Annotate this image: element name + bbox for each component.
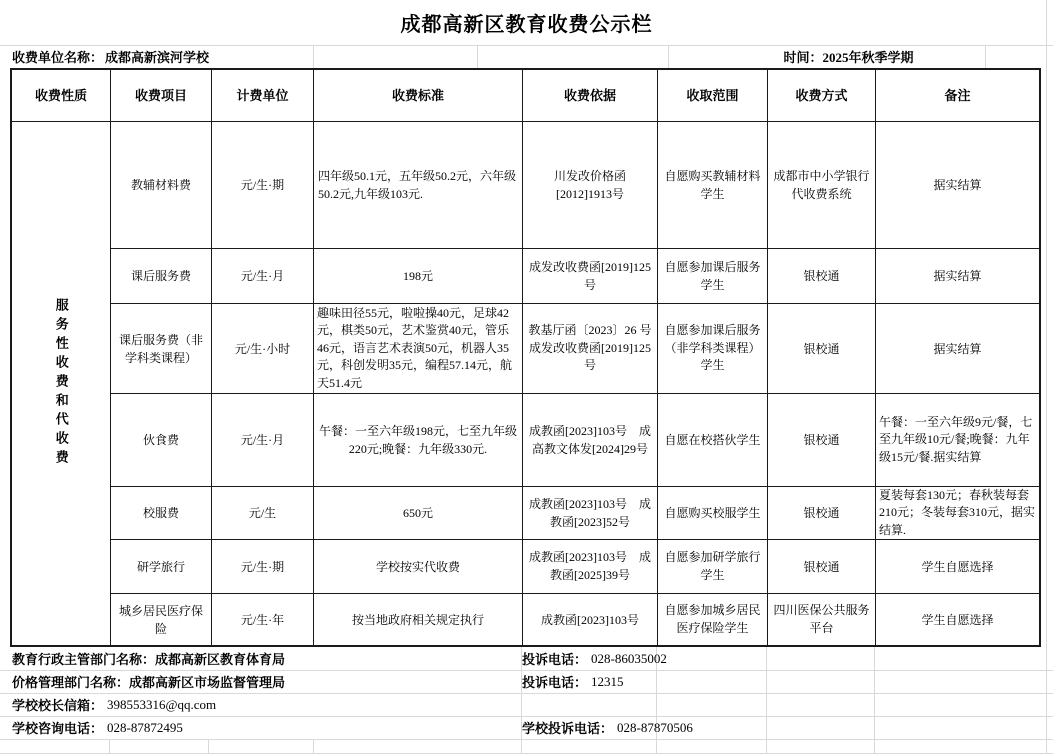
cell-standard: 198元 [314, 249, 523, 304]
gridline [109, 739, 110, 753]
cell-note: 午餐：一至六年级9元/餐，七至九年级10元/餐;晚餐：九年级15元/餐.据实结算 [876, 394, 1039, 487]
cell-standard: 四年级50.1元，五年级50.2元，六年级50.2元,九年级103元. [314, 122, 523, 249]
school-inquiry-phone-value: 028-87872495 [107, 720, 183, 736]
cell-item: 课后服务费（非学科类课程） [111, 304, 212, 394]
cell-method: 四川医保公共服务平台 [768, 594, 876, 645]
cell-basis: 成教函[2023]103号 成教函[2023]52号 [523, 487, 658, 540]
gridline [1046, 0, 1047, 754]
price-dept-value: 成都高新区市场监督管理局 [129, 672, 285, 691]
header-billing-unit: 计费单位 [212, 70, 314, 122]
school-complaint-phone-label: 学校投诉电话： [522, 718, 613, 737]
cell-scope: 自愿参加研学旅行学生 [658, 540, 768, 594]
cell-unit: 元/生·期 [212, 540, 314, 594]
term-time: 时间：2025年秋季学期 [656, 45, 1041, 68]
fee-notice-sheet: 成都高新区教育收费公示栏 收费单位名称： 成都高新滨河学校 时间：2025年秋季… [0, 0, 1053, 754]
cell-method: 银校通 [768, 487, 876, 540]
header-collection-scope: 收取范围 [658, 70, 768, 122]
cell-unit: 元/生·期 [212, 122, 314, 249]
header-collection-method: 收费方式 [768, 70, 876, 122]
fee-category-cell: 服务性收费和代收费 [12, 122, 111, 645]
cell-unit: 元/生·年 [212, 594, 314, 645]
cell-item: 教辅材料费 [111, 122, 212, 249]
info-row: 收费单位名称： 成都高新滨河学校 时间：2025年秋季学期 [10, 45, 1041, 68]
header-fee-nature: 收费性质 [12, 70, 111, 122]
cell-basis: 成教函[2023]103号 [523, 594, 658, 645]
cell-method: 银校通 [768, 394, 876, 487]
cell-method: 成都市中小学银行代收费系统 [768, 122, 876, 249]
cell-basis: 成教函[2023]103号 成教函[2025]39号 [523, 540, 658, 594]
unit-name-label: 收费单位名称： [12, 45, 103, 68]
principal-mailbox-label: 学校校长信箱： [12, 695, 103, 714]
cell-item: 伙食费 [111, 394, 212, 487]
unit-name-value: 成都高新滨河学校 [105, 45, 209, 68]
cell-scope: 自愿购买教辅材料学生 [658, 122, 768, 249]
cell-note: 学生自愿选择 [876, 540, 1039, 594]
principal-mailbox-value: 398553316@qq.com [107, 697, 216, 713]
cell-note: 据实结算 [876, 304, 1039, 394]
gridline [208, 739, 209, 753]
fee-table: 收费性质 收费项目 计费单位 收费标准 收费依据 收取范围 收费方式 备注 服务… [10, 68, 1041, 647]
cell-basis: 教基厅函〔2023〕26 号 成发改收费函[2019]125号 [523, 304, 658, 394]
admin-dept-label: 教育行政主管部门名称： [12, 649, 155, 668]
header-remarks: 备注 [876, 70, 1039, 122]
gridline [313, 739, 314, 753]
header-fee-standard: 收费标准 [314, 70, 523, 122]
cell-method: 银校通 [768, 540, 876, 594]
school-complaint-phone-value: 028-87870506 [617, 720, 693, 736]
school-inquiry-phone-label: 学校咨询电话： [12, 718, 103, 737]
gridline [0, 739, 1053, 740]
cell-scope: 自愿在校搭伙学生 [658, 394, 768, 487]
cell-standard: 趣味田径55元，啦啦操40元，足球42元，棋类50元，艺术鉴赏40元，管乐46元… [314, 304, 523, 394]
cell-note: 据实结算 [876, 122, 1039, 249]
cell-scope: 自愿参加城乡居民医疗保险学生 [658, 594, 768, 645]
footer-row-school-phones: 学校咨询电话：028-87872495 学校投诉电话：028-87870506 [0, 716, 1053, 739]
cell-note: 学生自愿选择 [876, 594, 1039, 645]
footer-row-principal-mailbox: 学校校长信箱：398553316@qq.com [0, 693, 1053, 716]
cell-standard: 650元 [314, 487, 523, 540]
cell-basis: 川发改价格函[2012]1913号 [523, 122, 658, 249]
cell-item: 城乡居民医疗保险 [111, 594, 212, 645]
cell-standard: 午餐：一至六年级198元，七至九年级220元;晚餐：九年级330元. [314, 394, 523, 487]
complaint-phone-label: 投诉电话： [522, 672, 587, 691]
cell-note: 夏装每套130元；春秋装每套210元；冬装每套310元，据实结算. [876, 487, 1039, 540]
cell-scope: 自愿参加课后服务（非学科类课程）学生 [658, 304, 768, 394]
cell-scope: 自愿参加课后服务学生 [658, 249, 768, 304]
cell-note: 据实结算 [876, 249, 1039, 304]
page-title: 成都高新区教育收费公示栏 [0, 0, 1053, 45]
footer-row-admin: 教育行政主管部门名称：成都高新区教育体育局 投诉电话：028-86035002 [0, 647, 1053, 670]
footer-row-price-dept: 价格管理部门名称：成都高新区市场监督管理局 投诉电话：12315 [0, 670, 1053, 693]
cell-unit: 元/生·月 [212, 394, 314, 487]
complaint-phone-value: 12315 [591, 674, 624, 690]
header-fee-basis: 收费依据 [523, 70, 658, 122]
cell-method: 银校通 [768, 304, 876, 394]
cell-standard: 学校按实代收费 [314, 540, 523, 594]
complaint-phone-value: 028-86035002 [591, 651, 667, 667]
cell-unit: 元/生 [212, 487, 314, 540]
cell-method: 银校通 [768, 249, 876, 304]
cell-unit: 元/生·月 [212, 249, 314, 304]
price-dept-label: 价格管理部门名称： [12, 672, 129, 691]
cell-scope: 自愿购买校服学生 [658, 487, 768, 540]
cell-basis: 成教函[2023]103号 成高教文体发[2024]29号 [523, 394, 658, 487]
header-fee-item: 收费项目 [111, 70, 212, 122]
cell-basis: 成发改收费函[2019]125号 [523, 249, 658, 304]
admin-dept-value: 成都高新区教育体育局 [155, 649, 285, 668]
cell-item: 研学旅行 [111, 540, 212, 594]
cell-item: 课后服务费 [111, 249, 212, 304]
cell-standard: 按当地政府相关规定执行 [314, 594, 523, 645]
cell-unit: 元/生·小时 [212, 304, 314, 394]
complaint-phone-label: 投诉电话： [522, 649, 587, 668]
cell-item: 校服费 [111, 487, 212, 540]
